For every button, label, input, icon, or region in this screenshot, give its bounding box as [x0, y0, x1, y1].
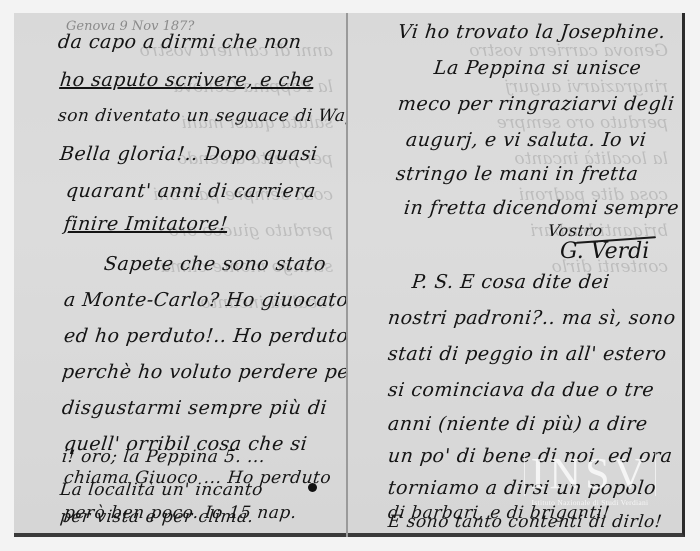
letter-line: P. S. E cosa dite dei — [411, 271, 611, 293]
letter-line: stati di peggio in all' estero — [387, 343, 668, 365]
signature: G. Verdi — [560, 239, 649, 264]
letter-line: anni (niente di più) a dire — [387, 413, 649, 435]
letter-line: Bella gloria!.. Dopo quasi — [59, 143, 319, 165]
letter-line: ho saputo scrivere, e che — [59, 69, 315, 91]
letter-line: i! oro; la Peppina 5. ... — [61, 447, 266, 467]
ink-blot — [308, 483, 317, 492]
manuscript-scan: anni di carriera vostro la Peppina Genov… — [0, 0, 700, 551]
letter-line: ed ho perduto!.. Ho perduto — [63, 325, 347, 347]
letter-line: La Peppina si unisce — [433, 57, 643, 79]
letter-line: si cominciava da due o tre — [387, 379, 655, 401]
letter-line: stringo le mani in fretta — [395, 163, 640, 185]
letter-line: torniamo a dirsi un popolo — [387, 477, 657, 499]
letter-line: in fretta dicendomi sempre — [403, 197, 680, 219]
letter-line: da capo a dirmi che non — [57, 31, 303, 53]
letter-page-right: Genova carriera vostro ringraziarvi augu… — [348, 13, 685, 537]
letter-line: un po' di bene di noi, ed ora — [387, 445, 674, 467]
letter-line: augurj, e vi saluta. Io vi — [405, 129, 648, 151]
letter-line: La località un' incanto — [59, 480, 264, 500]
letter-line: Sapete che sono stato — [103, 253, 327, 275]
letter-line: perchè ho voluto perdere per — [61, 361, 347, 383]
letter-line: per vista e per clima. — [59, 507, 255, 527]
letter-line: finire Imitatore! — [63, 213, 229, 235]
letter-line: Vi ho trovato la Josephine. — [397, 21, 667, 43]
letter-line: disgustarmi sempre più di — [61, 397, 328, 419]
letter-line: nostri padroni?.. ma sì, sono — [387, 307, 677, 329]
page-fold — [346, 13, 348, 537]
letter-line: son diventato un seguace di Wagner! — [57, 106, 347, 126]
letter-line: a Monte-Carlo? Ho giuocato — [63, 289, 347, 311]
letter-line: meco per ringraziarvi degli — [397, 93, 676, 115]
letter-line: quarant' anni di carriera — [65, 180, 317, 202]
letter-line: E sono tanto contenti di dirlo! — [387, 512, 663, 532]
closing-vostro: Vostro — [547, 221, 604, 240]
